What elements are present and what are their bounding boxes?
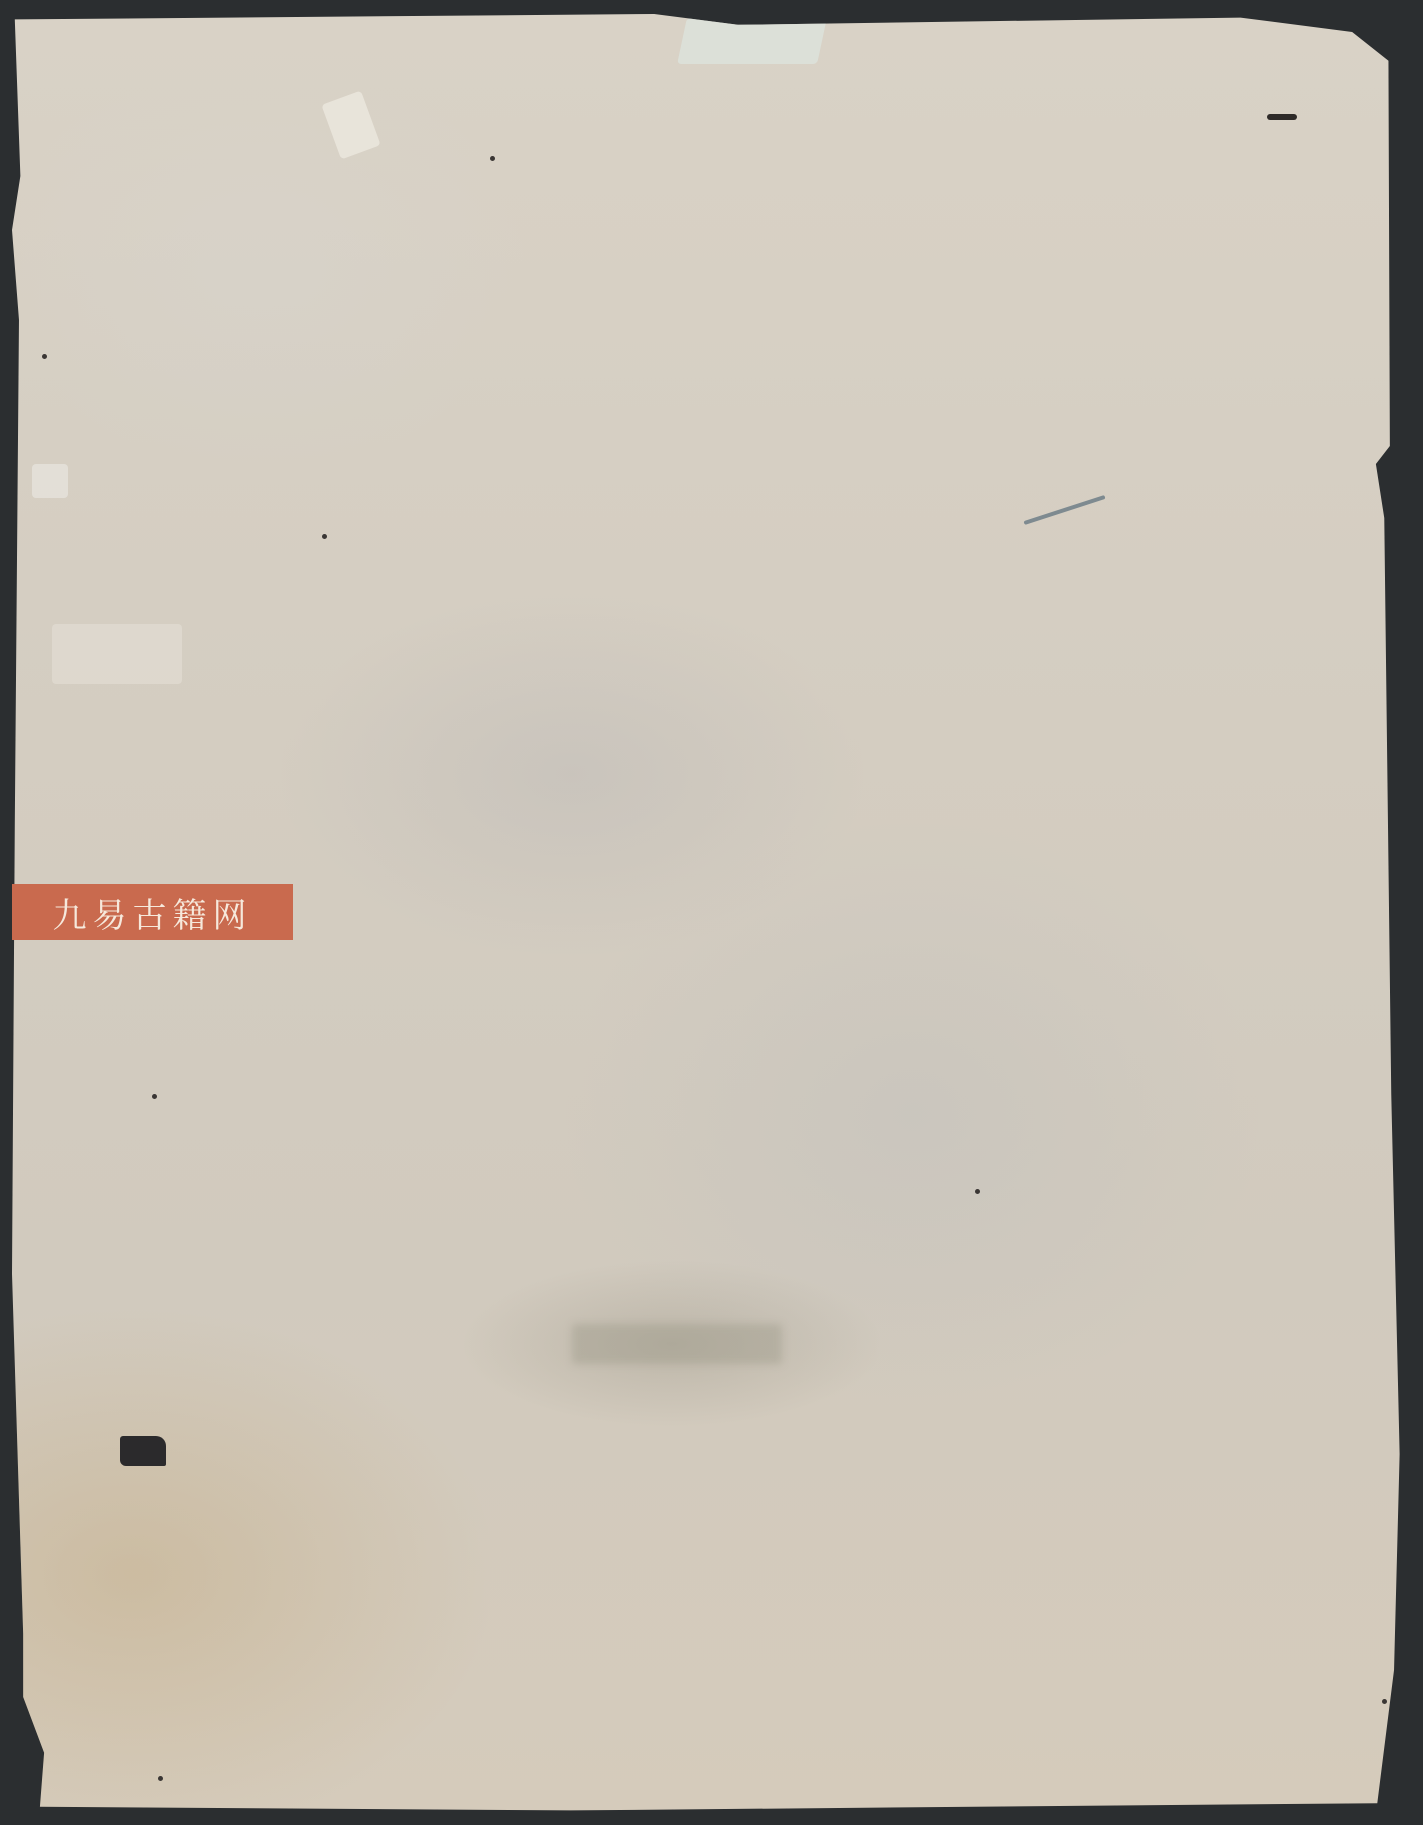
speck [490,156,495,161]
paper-repair-patch [52,624,182,684]
ink-bleed-stain [572,1324,782,1364]
paper-repair-patch [677,18,827,64]
worm-hole [120,1436,166,1466]
speck [975,1189,980,1194]
speck [1382,1699,1387,1704]
site-watermark: 九易古籍网 [12,884,293,940]
paper-repair-patch [32,464,68,498]
speck [158,1776,163,1781]
speck [152,1094,157,1099]
paper-repair-patch [321,91,380,160]
speck [42,354,47,359]
dark-fiber-mark [1267,114,1297,120]
speck [322,534,327,539]
fiber-streak [1023,495,1105,525]
